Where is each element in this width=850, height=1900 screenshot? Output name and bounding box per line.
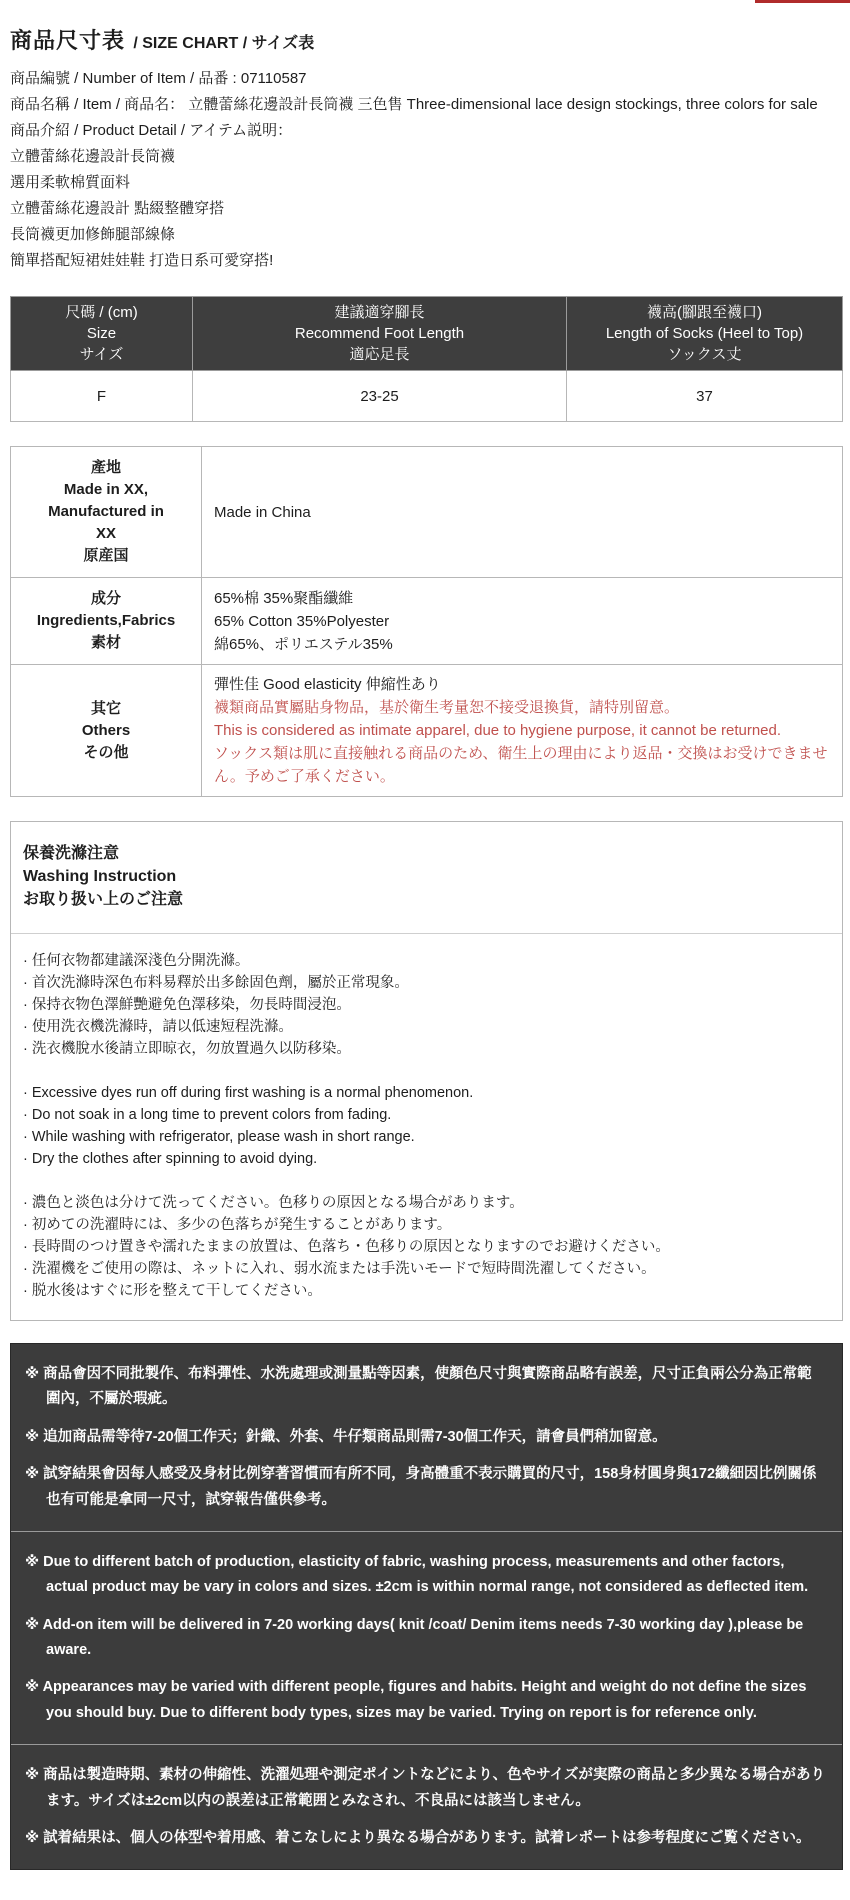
product-info-warning-lines: 襪類商品實屬貼身物品，基於衛生考量恕不接受退換貨，請特別留意。This is c… — [214, 696, 830, 788]
product-info-label-line: XX — [15, 523, 197, 545]
product-info-label-line: Manufactured in — [15, 501, 197, 523]
washing-title: 保養洗滌注意Washing Instructionお取り扱い上のご注意 — [11, 822, 842, 917]
washing-title-line: お取り扱い上のご注意 — [23, 888, 830, 911]
product-info-label-line: 素材 — [15, 632, 197, 654]
washing-line: · 初めての洗濯時には、多少の色落ちが発生することがあります。 — [23, 1214, 830, 1236]
product-info-value-line: 彈性佳 Good elasticity 伸縮性あり — [214, 673, 830, 696]
product-info-label: 產地Made in XX,Manufactured inXX原産国 — [11, 447, 202, 578]
notice-paragraph: ※ Add-on item will be delivered in 7-20 … — [25, 1613, 828, 1664]
size-table-header-line: Size — [13, 323, 190, 344]
product-info-value-lines: 彈性佳 Good elasticity 伸縮性あり — [214, 673, 830, 696]
page-title: 商品尺寸表 / SIZE CHART / サイズ表 — [10, 22, 843, 56]
washing-line: · 使用洗衣機洗滌時，請以低速短程洗滌。 — [23, 1016, 830, 1038]
item-number-line: 商品編號 / Number of Item / 品番 : 07110587 — [10, 66, 843, 92]
washing-line: · 洗衣機脫水後請立即晾衣，勿放置過久以防移染。 — [23, 1038, 830, 1060]
product-info-label-line: 產地 — [15, 457, 197, 479]
size-table-header-line: サイズ — [13, 344, 190, 365]
page-title-main: 商品尺寸表 — [10, 28, 125, 53]
notice-paragraph: ※ 商品會因不同批製作、布料彈性、水洗處理或測量點等因素，使顏色尺寸與實際商品略… — [25, 1362, 828, 1413]
size-table-cell: 37 — [567, 371, 843, 422]
product-detail-lines: 立體蕾絲花邊設計長筒襪選用柔軟棉質面料立體蕾絲花邊設計 點綴整體穿搭長筒襪更加修… — [10, 144, 843, 274]
product-info-warning-line: ソックス類は肌に直接触れる商品のため、衛生上の理由により返品・交換はお受けできま… — [214, 742, 830, 788]
size-table-header-line: 適応足長 — [195, 344, 564, 365]
washing-group: · Excessive dyes run off during first wa… — [23, 1082, 830, 1170]
notice-paragraph: ※ 試着結果は、個人の体型や着用感、着こなしにより異なる場合があります。試着レポ… — [25, 1826, 828, 1851]
size-table-header-line: 襪高(腳跟至襪口) — [569, 302, 840, 323]
size-table-header-line: Recommend Foot Length — [195, 323, 564, 344]
size-table-header-line: Length of Socks (Heel to Top) — [569, 323, 840, 344]
product-info-label-line: Others — [15, 720, 197, 742]
washing-instruction-box: 保養洗滌注意Washing Instructionお取り扱い上のご注意 · 任何… — [10, 821, 843, 1321]
product-info-value: 65%棉 35%聚酯纖維65% Cotton 35%Polyester綿65%、… — [202, 578, 843, 665]
product-detail-line: 簡單搭配短裙娃娃鞋 打造日系可愛穿搭! — [10, 248, 843, 274]
notice-paragraph: ※ 追加商品需等待7-20個工作天；針織、外套、牛仔類商品則需7-30個工作天，… — [25, 1425, 828, 1450]
product-info-table-body: 產地Made in XX,Manufactured inXX原産国 Made i… — [11, 447, 843, 797]
product-info-value-line: 綿65%、ポリエステル35% — [214, 633, 830, 656]
page-title-sub: / SIZE CHART / サイズ表 — [133, 35, 314, 52]
notice-paragraph: ※ Appearances may be varied with differe… — [25, 1675, 828, 1726]
size-table-header-cell: 襪高(腳跟至襪口)Length of Socks (Heel to Top)ソッ… — [567, 297, 843, 371]
washing-title-line: 保養洗滌注意 — [23, 842, 830, 865]
product-detail-line: 長筒襪更加修飾腿部線條 — [10, 222, 843, 248]
product-info-warning-line: 襪類商品實屬貼身物品，基於衛生考量恕不接受退換貨，請特別留意。 — [214, 696, 830, 719]
product-info-value-lines: 65%棉 35%聚酯纖維65% Cotton 35%Polyester綿65%、… — [214, 587, 830, 656]
product-info-label-line: 成分 — [15, 588, 197, 610]
size-table-header-line: 尺碼 / (cm) — [13, 302, 190, 323]
product-detail-line: 選用柔軟棉質面料 — [10, 170, 843, 196]
size-table-header-cell: 建議適穿腳長Recommend Foot Length適応足長 — [193, 297, 567, 371]
washing-title-line: Washing Instruction — [23, 865, 830, 888]
product-info-value-line: 65%棉 35%聚酯纖維 — [214, 587, 830, 610]
product-info-table: 產地Made in XX,Manufactured inXX原産国 Made i… — [10, 446, 843, 797]
washing-line: · Dry the clothes after spinning to avoi… — [23, 1148, 830, 1170]
washing-line: · Excessive dyes run off during first wa… — [23, 1082, 830, 1104]
notice-box: ※ 商品會因不同批製作、布料彈性、水洗處理或測量點等因素，使顏色尺寸與實際商品略… — [10, 1343, 843, 1870]
washing-groups: · 任何衣物都建議深淺色分開洗滌。· 首次洗滌時深色布料易釋於出多餘固色劑，屬於… — [11, 934, 842, 1320]
washing-group: · 任何衣物都建議深淺色分開洗滌。· 首次洗滌時深色布料易釋於出多餘固色劑，屬於… — [23, 950, 830, 1060]
notice-paragraph: ※ Due to different batch of production, … — [25, 1550, 828, 1601]
product-info-label: 成分Ingredients,Fabrics素材 — [11, 578, 202, 665]
product-info-label: 其它Othersその他 — [11, 665, 202, 797]
washing-line: · 任何衣物都建議深淺色分開洗滌。 — [23, 950, 830, 972]
notice-group: ※ 商品は製造時期、素材の伸縮性、洗濯処理や測定ポイントなどにより、色やサイズが… — [11, 1744, 842, 1869]
product-detail-line: 立體蕾絲花邊設計長筒襪 — [10, 144, 843, 170]
product-info-value: Made in China — [202, 447, 843, 578]
notice-group: ※ 商品會因不同批製作、布料彈性、水洗處理或測量點等因素，使顏色尺寸與實際商品略… — [11, 1344, 842, 1531]
item-name-line: 商品名稱 / Item / 商品名： 立體蕾絲花邊設計長筒襪 三色售 Three… — [10, 92, 843, 118]
size-table-header-cell: 尺碼 / (cm)Sizeサイズ — [11, 297, 193, 371]
washing-group: · 濃色と淡色は分けて洗ってください。色移りの原因となる場合があります。· 初め… — [23, 1192, 830, 1302]
product-info-row: 成分Ingredients,Fabrics素材 65%棉 35%聚酯纖維65% … — [11, 578, 843, 665]
size-table-cell: 23-25 — [193, 371, 567, 422]
size-table: 尺碼 / (cm)Sizeサイズ 建議適穿腳長Recommend Foot Le… — [10, 296, 843, 422]
size-chart-page: 商品尺寸表 / SIZE CHART / サイズ表 商品編號 / Number … — [0, 0, 850, 1900]
size-table-header-line: ソックス丈 — [569, 344, 840, 365]
product-info-label-line: Ingredients,Fabrics — [15, 610, 197, 632]
product-detail-line: 立體蕾絲花邊設計 點綴整體穿搭 — [10, 196, 843, 222]
size-table-cell: F — [11, 371, 193, 422]
size-table-body: F23-2537 — [11, 371, 843, 422]
washing-line: · 洗濯機をご使用の際は、ネットに入れ、弱水流または手洗いモードで短時間洗濯して… — [23, 1258, 830, 1280]
product-info-value-lines: Made in China — [214, 501, 830, 524]
notice-paragraph: ※ 商品は製造時期、素材の伸縮性、洗濯処理や測定ポイントなどにより、色やサイズが… — [25, 1763, 828, 1814]
product-info-label-line: 其它 — [15, 698, 197, 720]
product-detail-label: 商品介紹 / Product Detail / アイテム説明： — [10, 118, 843, 144]
product-info-value-line: 65% Cotton 35%Polyester — [214, 610, 830, 633]
top-right-red-bar — [755, 0, 850, 3]
product-info-row: 其它Othersその他 彈性佳 Good elasticity 伸縮性あり 襪類… — [11, 665, 843, 797]
product-info-value: 彈性佳 Good elasticity 伸縮性あり 襪類商品實屬貼身物品，基於衛… — [202, 665, 843, 797]
washing-line: · 脱水後はすぐに形を整えて干してください。 — [23, 1280, 830, 1302]
notice-paragraph: ※ 試穿結果會因每人感受及身材比例穿著習慣而有所不同，身高體重不表示購買的尺寸，… — [25, 1462, 828, 1513]
product-info-label-line: 原産国 — [15, 545, 197, 567]
washing-line: · 長時間のつけ置きや濡れたままの放置は、色落ち・色移りの原因となりますのでお避… — [23, 1236, 830, 1258]
product-info-label-line: その他 — [15, 742, 197, 764]
size-table-header-row: 尺碼 / (cm)Sizeサイズ 建議適穿腳長Recommend Foot Le… — [11, 297, 843, 371]
product-info-value-line: Made in China — [214, 501, 830, 524]
product-info-warning-line: This is considered as intimate apparel, … — [214, 719, 830, 742]
washing-line: · 濃色と淡色は分けて洗ってください。色移りの原因となる場合があります。 — [23, 1192, 830, 1214]
washing-line: · While washing with refrigerator, pleas… — [23, 1126, 830, 1148]
notice-group: ※ Due to different batch of production, … — [11, 1531, 842, 1744]
washing-line: · 保持衣物色澤鮮艷避免色澤移染，勿長時間浸泡。 — [23, 994, 830, 1016]
size-table-header-line: 建議適穿腳長 — [195, 302, 564, 323]
washing-line: · Do not soak in a long time to prevent … — [23, 1104, 830, 1126]
size-table-row: F23-2537 — [11, 371, 843, 422]
washing-line: · 首次洗滌時深色布料易釋於出多餘固色劑，屬於正常現象。 — [23, 972, 830, 994]
product-info-row: 產地Made in XX,Manufactured inXX原産国 Made i… — [11, 447, 843, 578]
product-info-label-line: Made in XX, — [15, 479, 197, 501]
